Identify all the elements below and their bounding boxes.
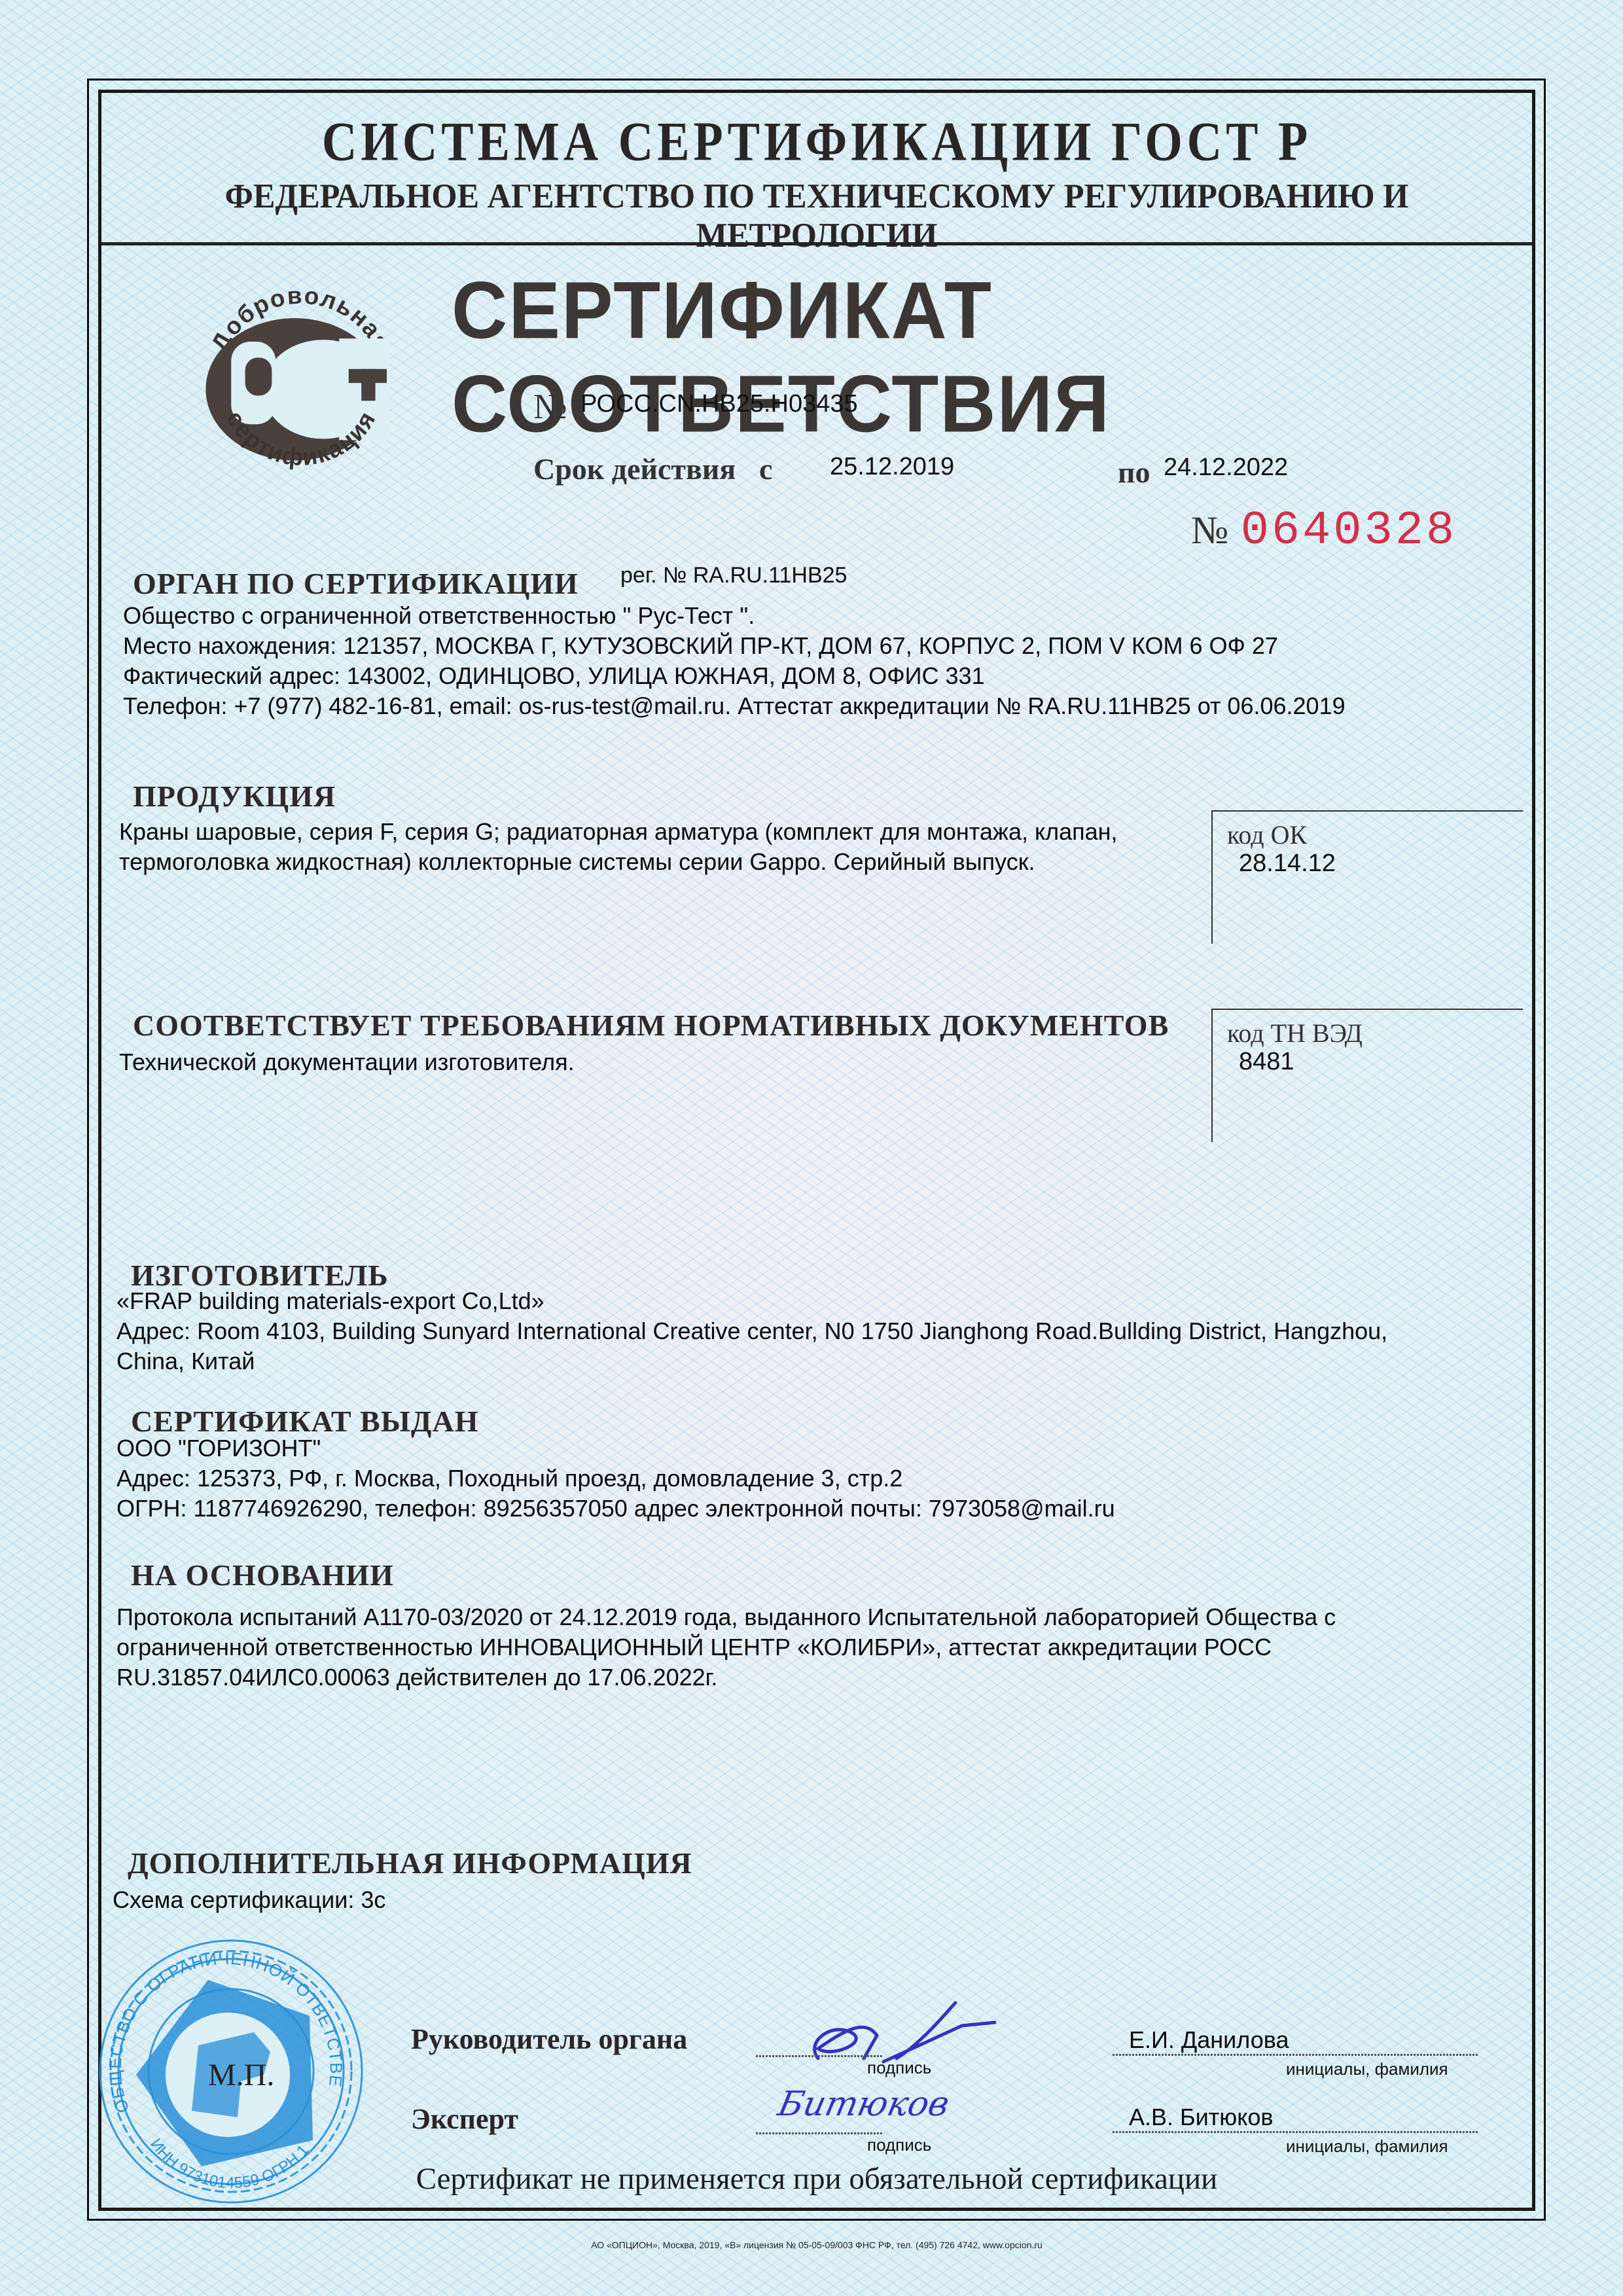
name-expert: А.В. Битюков: [1129, 2104, 1274, 2131]
valid-from-label: с: [759, 452, 772, 486]
valid-to-date: 24.12.2022: [1164, 454, 1288, 482]
okpd-code-box: код ОК 28.14.12: [1211, 810, 1523, 944]
certification-scheme: Схема сертификации: 3с: [113, 1885, 385, 1915]
issued-to-address: Адрес: 125373, РФ, г. Москва, Походный п…: [116, 1463, 1115, 1494]
okpd-code-value: 28.14.12: [1239, 850, 1336, 878]
compliance-text: Технической документации изготовителя.: [119, 1047, 575, 1077]
tnved-code-label: код ТН ВЭД: [1227, 1018, 1363, 1049]
issued-to-details: ООО "ГОРИЗОНТ" Адрес: 125373, РФ, г. Мос…: [116, 1433, 1115, 1524]
tnved-code-box: код ТН ВЭД 8481: [1211, 1009, 1523, 1142]
footer-note: Сертификат не применяется при обязательн…: [98, 2161, 1535, 2197]
system-title: СИСТЕМА СЕРТИФИКАЦИИ ГОСТ Р: [98, 111, 1535, 175]
cb-line-name: Общество с ограниченной ответственностью…: [123, 601, 1346, 631]
manufacturer-name: «FRAP building materials-export Co,Ltd»: [116, 1286, 1524, 1316]
manufacturer-details: «FRAP building materials-export Co,Ltd» …: [116, 1286, 1524, 1376]
products-line-1: Краны шаровые, серия F, серия G; радиато…: [119, 817, 1192, 847]
section-title-certification-body: ОРГАН ПО СЕРТИФИКАЦИИ: [133, 566, 579, 601]
serial-number-sign: №: [1191, 509, 1228, 552]
basis-line-3: RU.31857.04ИЛС0.00063 действителен до 17…: [116, 1662, 1524, 1693]
role-expert: Эксперт: [411, 2102, 518, 2136]
manufacturer-address: Адрес: Room 4103, Building Sunyard Inter…: [116, 1316, 1524, 1346]
name-line-expert: [1113, 2131, 1479, 2133]
name-line-head: [1113, 2054, 1479, 2056]
header-divider: [101, 242, 1532, 245]
basis-line-1: Протокола испытаний А1170-03/2020 от 24.…: [116, 1602, 1524, 1632]
tnved-code-value: 8481: [1239, 1048, 1294, 1076]
signature-caption-head: подпись: [867, 2058, 931, 2078]
blank-serial-row: № 0640328: [1191, 504, 1457, 558]
certificate-number-row: № РОСС.CN.НВ25.Н03435: [533, 386, 858, 427]
section-title-additional-info: ДОПОЛНИТЕЛЬНАЯ ИНФОРМАЦИЯ: [128, 1846, 692, 1880]
cb-line-actual-address: Фактический адрес: 143002, ОДИНЦОВО, УЛИ…: [123, 661, 1346, 691]
section-title-compliance: СООТВЕТСТВУЕТ ТРЕБОВАНИЯМ НОРМАТИВНЫХ ДО…: [133, 1008, 1169, 1043]
number-sign: №: [533, 387, 567, 426]
signature-line-head: [756, 2055, 883, 2057]
manufacturer-country: China, Китай: [116, 1346, 1524, 1376]
cb-line-contacts: Телефон: +7 (977) 482-16-81, email: os-r…: [123, 691, 1346, 721]
name-caption-head: инициалы, фамилия: [1286, 2059, 1448, 2079]
basis-line-2: ограниченной ответственностью ИННОВАЦИОН…: [116, 1632, 1524, 1662]
name-head-of-body: Е.И. Данилова: [1129, 2026, 1289, 2054]
printer-imprint: АО «ОПЦИОН», Москва, 2019, «В» лицензия …: [98, 2240, 1535, 2250]
certification-body-reg-no: рег. № RA.RU.11НВ25: [620, 563, 847, 588]
basis-details: Протокола испытаний А1170-03/2020 от 24.…: [116, 1602, 1524, 1693]
certification-body-details: Общество с ограниченной ответственностью…: [123, 601, 1346, 721]
signature-caption-expert: подпись: [867, 2135, 931, 2155]
name-caption-expert: инициалы, фамилия: [1286, 2136, 1448, 2157]
valid-to-label: по: [1118, 455, 1150, 490]
section-title-products: ПРОДУКЦИЯ: [133, 779, 336, 814]
issued-to-name: ООО "ГОРИЗОНТ": [116, 1433, 1115, 1463]
products-description: Краны шаровые, серия F, серия G; радиато…: [119, 817, 1192, 877]
stamp-place-label: М.П.: [208, 2057, 274, 2093]
certificate-number: РОСС.CN.НВ25.Н03435: [580, 390, 858, 418]
rst-logo-icon: Добровольная сертификация: [193, 278, 409, 494]
signature-expert-icon: Битюков: [775, 2085, 953, 2124]
section-title-basis: НА ОСНОВАНИИ: [131, 1558, 394, 1592]
signature-line-expert: [756, 2132, 883, 2134]
okpd-code-label: код ОК: [1227, 819, 1307, 850]
role-head-of-body: Руководитель органа: [411, 2022, 687, 2056]
cb-line-legal-address: Место нахождения: 121357, МОСКВА Г, КУТУ…: [123, 631, 1346, 661]
blank-serial-number: 0640328: [1241, 504, 1457, 558]
valid-from-date: 25.12.2019: [830, 453, 954, 481]
issued-to-contacts: ОГРН: 1187746926290, телефон: 8925635705…: [116, 1494, 1115, 1524]
products-line-2: термоголовка жидкостная) коллекторные си…: [119, 847, 1192, 877]
validity-label: Срок действия: [533, 452, 736, 486]
